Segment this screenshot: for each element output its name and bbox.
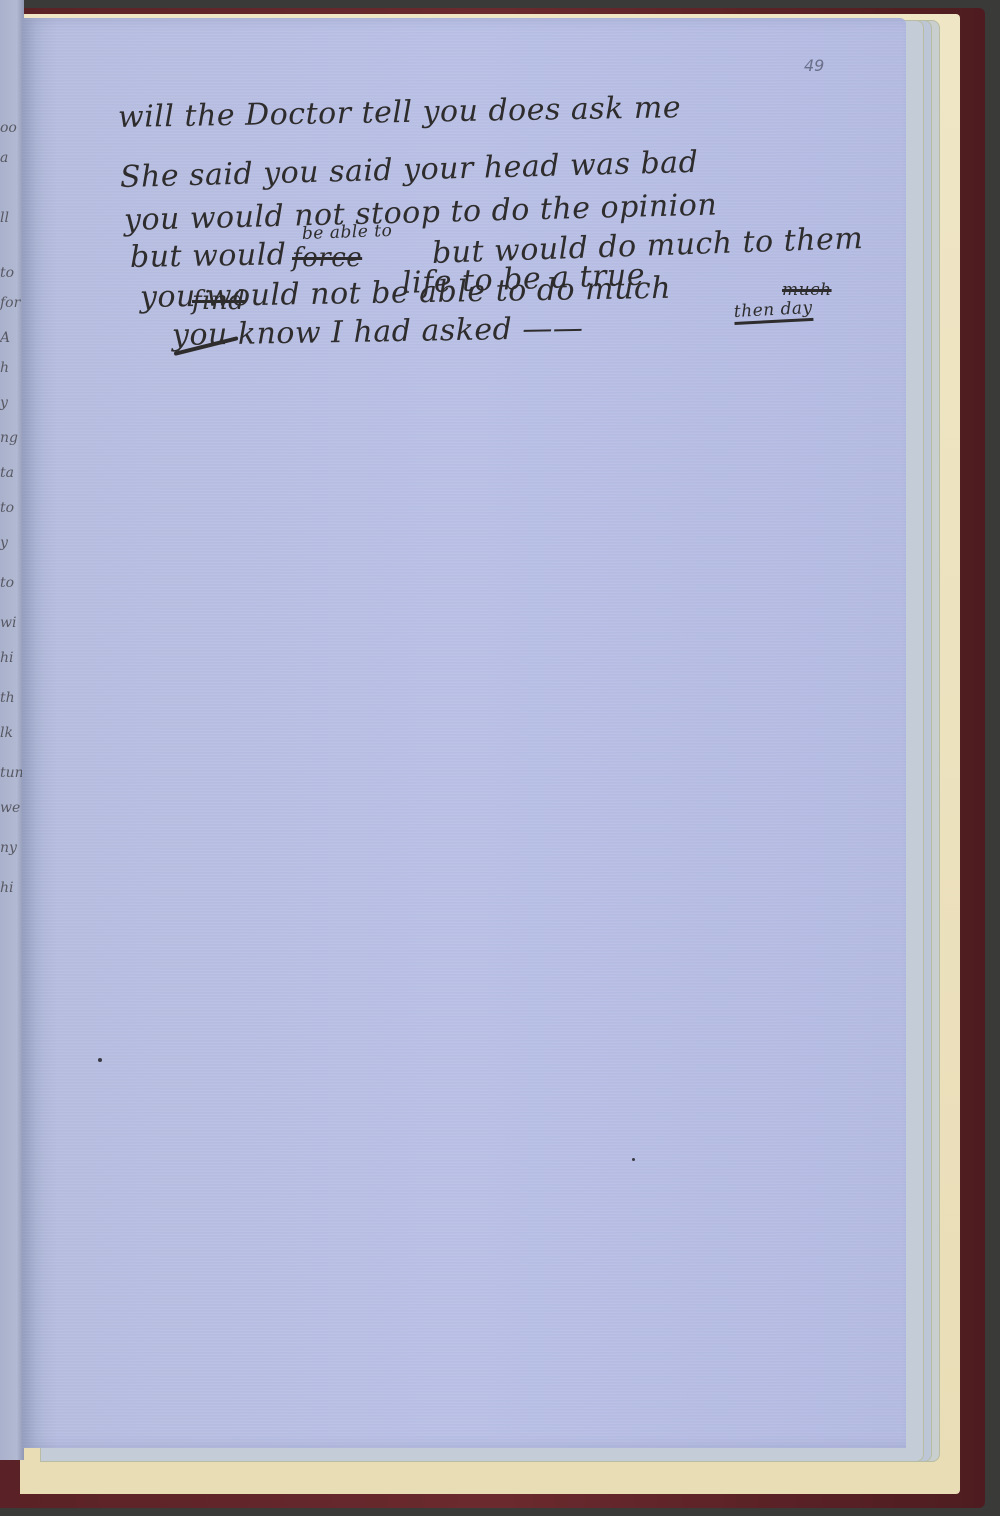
facing-fragment: we [0, 800, 24, 814]
facing-fragment: y [0, 395, 24, 409]
facing-fragment: tun [0, 765, 24, 779]
facing-fragment: A [0, 330, 24, 344]
facing-fragment: lk [0, 725, 24, 739]
manuscript-line: you would not be able to do much [140, 271, 672, 315]
facing-fragment: y [0, 535, 24, 549]
facing-fragment: a [0, 150, 24, 164]
struck-word: much [782, 280, 832, 300]
folio-number: 49 [804, 56, 824, 75]
facing-fragment: wi [0, 615, 24, 629]
interlinear-insertion: then day [733, 298, 813, 325]
struck-word: force [292, 243, 362, 273]
facing-fragment: to [0, 265, 24, 279]
facing-fragment: to [0, 575, 24, 589]
facing-page-edge: oo a ll to for A h y ng ta to y to wi hi… [0, 0, 24, 1460]
facing-fragment: for [0, 295, 24, 309]
facing-fragment: h [0, 360, 24, 374]
facing-fragment: ta [0, 465, 24, 479]
manuscript-line: She said you said your head was bad [120, 145, 699, 195]
manuscript-line-prefix: but would [130, 237, 287, 275]
manuscript-page: 49 will the Doctor tell you does ask me … [22, 18, 906, 1448]
facing-fragment: ng [0, 430, 24, 444]
interlinear-insertion: be able to [302, 221, 393, 244]
ink-speck [632, 1158, 635, 1161]
facing-fragment: ll [0, 210, 24, 224]
facing-fragment: ny [0, 840, 24, 854]
ink-speck [98, 1058, 102, 1062]
facing-fragment: to [0, 500, 24, 514]
manuscript-line: will the Doctor tell you does ask me [118, 90, 682, 135]
manuscript-line: you know I had asked —— [172, 311, 584, 353]
facing-fragment: hi [0, 650, 24, 664]
facing-fragment: oo [0, 120, 24, 134]
facing-fragment: th [0, 690, 24, 704]
facing-fragment: hi [0, 880, 24, 894]
